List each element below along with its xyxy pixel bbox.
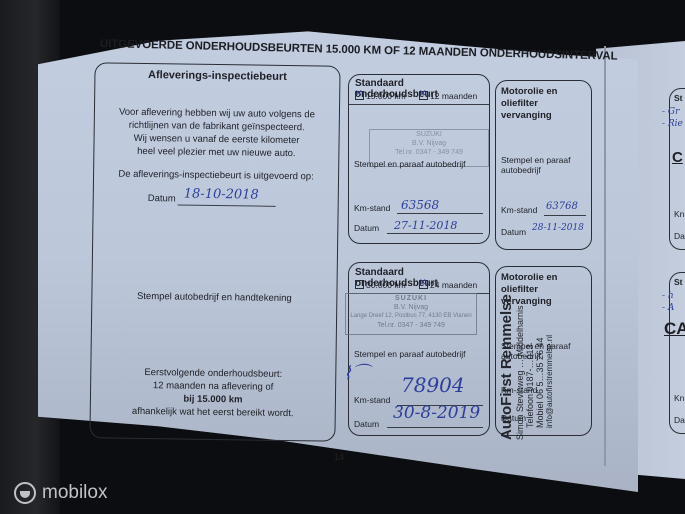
km-label: Km-stand bbox=[354, 395, 390, 405]
checkbox-months[interactable] bbox=[419, 280, 428, 289]
service-box-3: Standaard onderhoudsbeurt 30.000 km 24 m… bbox=[348, 262, 490, 436]
stamp-name: AutoFirst Remmelse bbox=[498, 260, 515, 440]
km-value: 78904 bbox=[401, 373, 465, 397]
inspection-date-value: 18-10-2018 bbox=[184, 187, 259, 203]
fragment: Kn bbox=[674, 209, 684, 219]
handwritten-note: - h bbox=[662, 291, 674, 301]
option-km: 30.000 km bbox=[355, 280, 406, 290]
watermark-text: mobilox bbox=[42, 482, 107, 504]
autofirst-stamp: AutoFirst Remmelse Simon Stevinweg … Mid… bbox=[498, 260, 578, 440]
inspection-intro: Voor aflevering hebben wij uw auto volge… bbox=[94, 105, 339, 160]
stamp-email: info@autofirstremmelse.nl bbox=[545, 260, 554, 440]
date-value: 28-11-2018 bbox=[532, 223, 584, 233]
handwritten-note: - A bbox=[662, 303, 674, 313]
service-title: Motorolie en oliefilter vervanging bbox=[501, 86, 591, 122]
date-label: Datum bbox=[501, 227, 526, 237]
km-label: Km-stand bbox=[501, 205, 537, 215]
stamp-fragment: CA bbox=[664, 319, 685, 339]
right-box-1: St - Gr - Rie C Kn Da bbox=[669, 88, 685, 250]
date-label: Datum bbox=[354, 419, 379, 429]
checkbox-km[interactable] bbox=[355, 91, 364, 100]
stamp-label: Stempel en paraaf autobedrijf bbox=[354, 159, 466, 169]
fragment: Da bbox=[674, 231, 685, 241]
stamp-mobile: Mobiel 06 5…35 26 44 bbox=[535, 260, 545, 440]
handwritten-note: - Gr bbox=[662, 107, 679, 117]
page-number: 14 bbox=[334, 452, 344, 462]
service-box-2: Motorolie en oliefilter vervanging Stemp… bbox=[495, 80, 592, 250]
stamp-fragment: C bbox=[672, 149, 683, 166]
next-service-info: Eerstvolgende onderhoudsbeurt: 12 maande… bbox=[91, 365, 336, 420]
next-line: afhankelijk wat het eerst bereikt wordt. bbox=[91, 404, 335, 420]
inspection-title: Afleverings-inspectiebeurt bbox=[95, 68, 339, 83]
km-value: 63568 bbox=[401, 198, 439, 212]
signature: ⌇⌒ bbox=[343, 359, 370, 385]
option-months: 24 maanden bbox=[419, 280, 477, 290]
dealer-stamp: SUZUKI B.V. Nijvag Lange Dreef 12, Postb… bbox=[345, 293, 477, 335]
date-value: 27-11-2018 bbox=[394, 219, 457, 232]
mobilox-watermark: mobilox bbox=[14, 482, 107, 504]
checkbox-months[interactable] bbox=[419, 91, 428, 100]
checkbox-km[interactable] bbox=[355, 280, 364, 289]
fragment: St bbox=[674, 93, 683, 103]
option-months: 12 maanden bbox=[419, 91, 477, 101]
date-label: Datum bbox=[354, 223, 379, 233]
date-value: 30-8-2019 bbox=[393, 403, 480, 423]
service-box-1: Standaard onderhoudsbeurt 15.000 km 12 m… bbox=[348, 74, 490, 244]
km-value: 63768 bbox=[546, 201, 578, 212]
book-spine bbox=[604, 46, 606, 466]
inspection-box: Afleverings-inspectiebeurt Voor afleveri… bbox=[89, 62, 340, 441]
inspection-date-label: Datum bbox=[148, 192, 176, 205]
intro-line: heel veel plezier met uw nieuwe auto. bbox=[94, 144, 338, 160]
fragment: Kn bbox=[674, 393, 684, 403]
stamp-address: Simon Stevinweg … Middelharnis bbox=[515, 260, 525, 440]
stamp-phone: Telefoon 0187-…013 bbox=[525, 260, 535, 440]
stamp-label: Stempel en paraaf autobedrijf bbox=[354, 349, 466, 359]
handwritten-note: - Rie bbox=[662, 119, 683, 129]
inspection-done-label: De afleverings-inspectiebeurt is uitgevo… bbox=[94, 167, 338, 183]
stamp-label: Stempel en paraaf autobedrijf bbox=[501, 155, 581, 175]
km-label: Km-stand bbox=[354, 203, 390, 213]
inspection-stamp-label: Stempel autobedrijf en handtekening bbox=[92, 289, 336, 305]
option-km: 15.000 km bbox=[355, 91, 406, 101]
right-box-2: St - h - A CA Kn Da bbox=[669, 272, 685, 434]
fragment: Da bbox=[674, 415, 685, 425]
mobilox-logo-icon bbox=[14, 482, 36, 504]
fragment: St bbox=[674, 277, 683, 287]
